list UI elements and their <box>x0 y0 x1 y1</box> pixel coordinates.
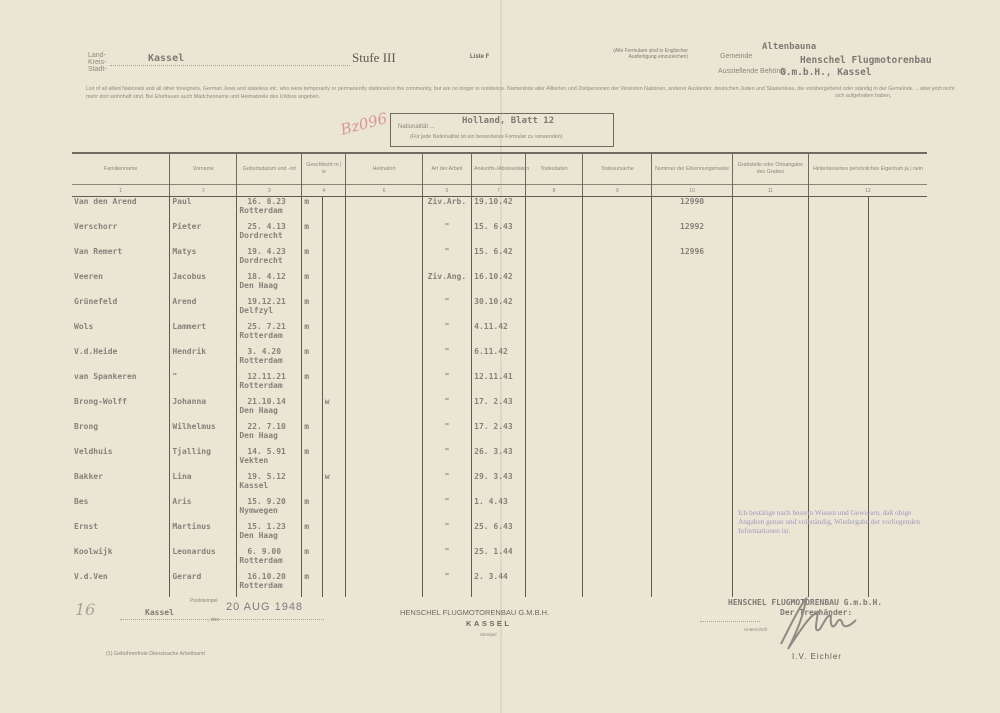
heimatort-cell <box>346 547 422 572</box>
grave-cell <box>732 297 808 322</box>
death-cause-cell <box>583 247 652 272</box>
sex-m-cell: m <box>302 347 323 372</box>
den-label: , den <box>208 617 219 623</box>
col-num: 5 <box>422 185 471 197</box>
col-num: 8 <box>525 185 583 197</box>
confirmation-stamp: Ich bestätige nach bestem Wissen und Gew… <box>738 508 928 535</box>
work-cell: " <box>422 522 471 547</box>
col-todesursache: Todesursache <box>583 153 652 185</box>
tag-number-cell: 12992 <box>652 222 732 247</box>
birth-date: 15. 9.20 <box>239 497 299 506</box>
first-name-cell: Paul <box>170 197 237 223</box>
table-row: VeerenJacobus18. 4.12Den HaagmZiv.Ang.16… <box>72 272 927 297</box>
death-cause-cell <box>583 547 652 572</box>
birth-cell: 19. 5.12Kassel <box>237 472 302 497</box>
table-header: Familienname Vorname Geburtsdatum und -o… <box>72 153 927 185</box>
sex-m-cell: m <box>302 497 323 522</box>
sex-m-cell: m <box>302 447 323 472</box>
tag-number-cell <box>652 572 732 597</box>
sex-m-cell: m <box>302 222 323 247</box>
sex-m-cell: m <box>302 522 323 547</box>
behoerde-value-line2: G.m.b.H., Kassel <box>780 67 872 78</box>
date-cell: 26. 3.43 <box>472 447 526 472</box>
death-date-cell <box>525 247 583 272</box>
birth-place: Den Haag <box>239 406 299 415</box>
grave-cell <box>732 347 808 372</box>
surname-cell: Bes <box>72 497 170 522</box>
surname-cell: V.d.Ven <box>72 572 170 597</box>
birth-cell: 16. 8.23Rotterdam <box>237 197 302 223</box>
birth-place: Rotterdam <box>239 381 299 390</box>
grave-cell <box>732 422 808 447</box>
first-name-cell: Aris <box>170 497 237 522</box>
property-yes-cell <box>808 197 868 223</box>
document-page: Land- Kreis- Stadt- Kassel Stufe III Lis… <box>0 0 1000 713</box>
first-name-cell: Pieter <box>170 222 237 247</box>
surname-cell: Veeren <box>72 272 170 297</box>
sex-m-cell: m <box>302 322 323 347</box>
first-name-cell: Lammert <box>170 322 237 347</box>
heimatort-cell <box>346 322 422 347</box>
sex-w-cell <box>322 372 346 397</box>
sex-m-cell: m <box>302 422 323 447</box>
property-yes-cell <box>808 372 868 397</box>
birth-place: Kassel <box>239 481 299 490</box>
heimatort-cell <box>346 572 422 597</box>
table-row: VeldhuisTjalling14. 5.91Vektenm"26. 3.43 <box>72 447 927 472</box>
tag-number-cell <box>652 522 732 547</box>
first-name-cell: Jacobus <box>170 272 237 297</box>
birth-date: 15. 1.23 <box>239 522 299 531</box>
property-no-cell <box>868 472 927 497</box>
death-cause-cell <box>583 297 652 322</box>
heimatort-cell <box>346 222 422 247</box>
surname-cell: van Spankeren <box>72 372 170 397</box>
death-date-cell <box>525 347 583 372</box>
company-stamp-line1: HENSCHEL FLUGMOTORENBAU G.M.B.H. <box>400 608 549 617</box>
surname-cell: Brong-Wolff <box>72 397 170 422</box>
death-cause-cell <box>583 472 652 497</box>
date-stamp: 20 AUG 1948 <box>226 601 303 613</box>
tag-number-cell: 12996 <box>652 247 732 272</box>
heimatort-cell <box>346 372 422 397</box>
property-no-cell <box>868 347 927 372</box>
grave-cell <box>732 247 808 272</box>
death-date-cell <box>525 572 583 597</box>
property-yes-cell <box>808 322 868 347</box>
birth-cell: 22. 7.10Den Haag <box>237 422 302 447</box>
col-familienname: Familienname <box>72 153 170 185</box>
work-cell: " <box>422 247 471 272</box>
birth-date: 19. 4.23 <box>239 247 299 256</box>
company-stamp-line2: KASSEL <box>466 619 511 628</box>
work-cell: " <box>422 422 471 447</box>
heimatort-cell <box>346 447 422 472</box>
property-no-cell <box>868 397 927 422</box>
death-cause-cell <box>583 322 652 347</box>
col-num: 12 <box>808 185 927 197</box>
surname-cell: Grünefeld <box>72 297 170 322</box>
place-line <box>120 619 260 620</box>
work-cell: " <box>422 322 471 347</box>
sex-w-cell <box>322 347 346 372</box>
table-row: Brong-WolffJohanna21.10.14Den Haagw"17. … <box>72 397 927 422</box>
property-yes-cell <box>808 222 868 247</box>
property-yes-cell <box>808 247 868 272</box>
first-name-cell: Johanna <box>170 397 237 422</box>
sex-w-cell <box>322 497 346 522</box>
date-cell: 17. 2.43 <box>472 422 526 447</box>
surname-cell: Van den Arend <box>72 197 170 223</box>
sex-m-cell: m <box>302 372 323 397</box>
sex-w-cell <box>322 197 346 223</box>
form-title: Stufe III <box>352 50 396 66</box>
col-eigentum: Hinterlassenes persönliches Eigentum ja … <box>808 153 927 185</box>
work-cell: " <box>422 472 471 497</box>
death-date-cell <box>525 447 583 472</box>
property-yes-cell <box>808 547 868 572</box>
col-num: 9 <box>583 185 652 197</box>
birth-place: Rotterdam <box>239 581 299 590</box>
property-yes-cell <box>808 272 868 297</box>
col-num: 7 <box>472 185 526 197</box>
date-cell: 16.10.42 <box>472 272 526 297</box>
sex-w-cell <box>322 247 346 272</box>
date-cell: 30.10.42 <box>472 297 526 322</box>
tag-number-cell <box>652 297 732 322</box>
birth-place: Nymwegen <box>239 506 299 515</box>
death-cause-cell <box>583 397 652 422</box>
surname-cell: Koolwijk <box>72 547 170 572</box>
sex-m-cell <box>302 472 323 497</box>
birth-date: 16.10.20 <box>239 572 299 581</box>
top-note: (Alle Formulare sind in Englischer Ausfe… <box>588 48 688 60</box>
column-numbers: 1 2 3 4 6 5 7 8 9 10 11 12 <box>72 185 927 197</box>
grave-cell <box>732 547 808 572</box>
grave-cell <box>732 397 808 422</box>
nationality-note: (Für jede Nationalität ist ein besondere… <box>410 134 563 140</box>
property-no-cell <box>868 422 927 447</box>
birth-cell: 25. 4.13Dordrecht <box>237 222 302 247</box>
surname-cell: Verschorr <box>72 222 170 247</box>
work-cell: Ziv.Ang. <box>422 272 471 297</box>
death-cause-cell <box>583 197 652 223</box>
page-number: 16 <box>75 600 95 619</box>
property-yes-cell <box>808 447 868 472</box>
birth-cell: 16.10.20Rotterdam <box>237 572 302 597</box>
first-name-cell: Martinus <box>170 522 237 547</box>
instructions-end: sich aufgehalten haben, <box>835 93 891 99</box>
birth-place: Vekten <box>239 456 299 465</box>
sex-w-cell <box>322 297 346 322</box>
tag-number-cell <box>652 372 732 397</box>
table-row: van Spankeren"12.11.21Rotterdamm"12.11.4… <box>72 372 927 397</box>
work-cell: " <box>422 447 471 472</box>
birth-cell: 19.12.21Delfzyl <box>237 297 302 322</box>
birth-date: 19.12.21 <box>239 297 299 306</box>
date-cell: 19.10.42 <box>472 197 526 223</box>
heimatort-cell <box>346 397 422 422</box>
sex-w-cell <box>322 572 346 597</box>
birth-date: 25. 7.21 <box>239 322 299 331</box>
birth-place: Rotterdam <box>239 206 299 215</box>
sex-w-cell <box>322 447 346 472</box>
land-kreis-label: Land- Kreis- Stadt- <box>88 52 107 73</box>
col-daten: Ankunfts-/Abreisedaten <box>472 153 526 185</box>
property-yes-cell <box>808 472 868 497</box>
sex-w-cell <box>322 547 346 572</box>
birth-place: Rotterdam <box>239 331 299 340</box>
first-name-cell: Arend <box>170 297 237 322</box>
sex-w-cell <box>322 222 346 247</box>
birth-place: Dordrecht <box>239 256 299 265</box>
col-num: 10 <box>652 185 732 197</box>
death-date-cell <box>525 372 583 397</box>
birth-cell: 3. 4.20Rotterdam <box>237 347 302 372</box>
table-row: KoolwijkLeonardus6. 9.00Rotterdamm"25. 1… <box>72 547 927 572</box>
work-cell: " <box>422 572 471 597</box>
death-date-cell <box>525 322 583 347</box>
birth-cell: 6. 9.00Rotterdam <box>237 547 302 572</box>
footnote: (1) Gebührenfreie Dienstsache Arbeitsamt <box>106 651 205 657</box>
work-cell: " <box>422 497 471 522</box>
table-row: GrünefeldArend19.12.21Delfzylm"30.10.42 <box>72 297 927 322</box>
property-no-cell <box>868 447 927 472</box>
tag-number-cell <box>652 322 732 347</box>
birth-place: Rotterdam <box>239 556 299 565</box>
heimatort-cell <box>346 522 422 547</box>
property-yes-cell <box>808 297 868 322</box>
tag-number-cell <box>652 497 732 522</box>
grave-cell <box>732 272 808 297</box>
property-no-cell <box>868 572 927 597</box>
death-cause-cell <box>583 222 652 247</box>
grave-cell <box>732 222 808 247</box>
grave-cell <box>732 322 808 347</box>
death-cause-cell <box>583 447 652 472</box>
work-cell: Ziv.Arb. <box>422 197 471 223</box>
property-yes-cell <box>808 422 868 447</box>
property-no-cell <box>868 547 927 572</box>
property-yes-cell <box>808 397 868 422</box>
land-kreis-line <box>110 65 350 66</box>
surname-cell: Veldhuis <box>72 447 170 472</box>
gemeinde-value: Altenbauna <box>762 42 816 52</box>
date-cell: 15. 6.43 <box>472 222 526 247</box>
tag-number-cell <box>652 347 732 372</box>
death-date-cell <box>525 522 583 547</box>
birth-date: 19. 5.12 <box>239 472 299 481</box>
first-name-cell: Matys <box>170 247 237 272</box>
first-name-cell: " <box>170 372 237 397</box>
death-cause-cell <box>583 522 652 547</box>
property-yes-cell <box>808 347 868 372</box>
date-cell: 29. 3.43 <box>472 472 526 497</box>
birth-date: 18. 4.12 <box>239 272 299 281</box>
col-num: 2 <box>170 185 237 197</box>
date-line <box>262 619 324 620</box>
death-date-cell <box>525 197 583 223</box>
birth-place: Rotterdam <box>239 356 299 365</box>
date-label: Poststempel <box>190 598 218 604</box>
date-cell: 25. 1.44 <box>472 547 526 572</box>
tag-number-cell <box>652 472 732 497</box>
signer-name: I.V. Eichler <box>792 652 842 661</box>
heimatort-cell <box>346 422 422 447</box>
col-num: 1 <box>72 185 170 197</box>
work-cell: " <box>422 372 471 397</box>
surname-cell: Van Remert <box>72 247 170 272</box>
death-cause-cell <box>583 572 652 597</box>
birth-place: Dordrecht <box>239 231 299 240</box>
death-date-cell <box>525 547 583 572</box>
col-geschlecht: Geschlecht m | w <box>302 153 346 185</box>
sex-w-cell <box>322 322 346 347</box>
sex-m-cell: m <box>302 572 323 597</box>
work-cell: " <box>422 547 471 572</box>
work-cell: " <box>422 222 471 247</box>
birth-date: 3. 4.20 <box>239 347 299 356</box>
property-no-cell <box>868 322 927 347</box>
work-cell: " <box>422 297 471 322</box>
birth-date: 16. 8.23 <box>239 197 299 206</box>
instructions-text: List of all allied Nationals and all oth… <box>86 85 966 101</box>
table-row: BrongWilhelmus22. 7.10Den Haagm"17. 2.43 <box>72 422 927 447</box>
surname-cell: Wols <box>72 322 170 347</box>
birth-cell: 15. 9.20Nymwegen <box>237 497 302 522</box>
land-kreis-value: Kassel <box>148 53 184 64</box>
behoerde-value-line1: Henschel Flugmotorenbau <box>800 55 932 66</box>
tag-number-cell <box>652 422 732 447</box>
sex-m-cell: m <box>302 297 323 322</box>
sex-w-cell: w <box>322 472 346 497</box>
death-cause-cell <box>583 497 652 522</box>
col-arbeit: Art der Arbeit <box>422 153 471 185</box>
col-num: 3 <box>237 185 302 197</box>
death-cause-cell <box>583 422 652 447</box>
death-date-cell <box>525 422 583 447</box>
heimatort-cell <box>346 272 422 297</box>
work-cell: " <box>422 397 471 422</box>
birth-cell: 25. 7.21Rotterdam <box>237 322 302 347</box>
death-date-cell <box>525 272 583 297</box>
table-row: BakkerLina19. 5.12Kasselw"29. 3.43 <box>72 472 927 497</box>
birth-date: 14. 5.91 <box>239 447 299 456</box>
property-no-cell <box>868 272 927 297</box>
birth-place: Den Haag <box>239 431 299 440</box>
sex-w-cell <box>322 272 346 297</box>
birth-cell: 15. 1.23Den Haag <box>237 522 302 547</box>
nationality-label: Nationalität ... <box>398 124 435 130</box>
col-todesdaten: Todesdaten <box>525 153 583 185</box>
date-cell: 25. 6.43 <box>472 522 526 547</box>
col-erkennungsmarke: Nummer der Erkennungsmarke <box>652 153 732 185</box>
birth-cell: 19. 4.23Dordrecht <box>237 247 302 272</box>
place-value: Kassel <box>145 608 174 617</box>
red-handwritten-mark: Bz096 <box>338 109 389 139</box>
sex-w-cell: w <box>322 397 346 422</box>
birth-cell: 12.11.21Rotterdam <box>237 372 302 397</box>
death-cause-cell <box>583 372 652 397</box>
date-cell: 2. 3.44 <box>472 572 526 597</box>
date-cell: 6.11.42 <box>472 347 526 372</box>
sex-w-cell <box>322 422 346 447</box>
death-cause-cell <box>583 347 652 372</box>
death-date-cell <box>525 472 583 497</box>
sex-m-cell: m <box>302 547 323 572</box>
grave-cell <box>732 447 808 472</box>
tag-number-cell <box>652 272 732 297</box>
first-name-cell: Gerard <box>170 572 237 597</box>
col-num: 4 <box>302 185 346 197</box>
table-row: V.d.HeideHendrik3. 4.20Rotterdamm"6.11.4… <box>72 347 927 372</box>
date-cell: 15. 6.42 <box>472 247 526 272</box>
property-no-cell <box>868 372 927 397</box>
birth-place: Delfzyl <box>239 306 299 315</box>
handwritten-signature-icon <box>776 594 866 654</box>
sex-w-cell <box>322 522 346 547</box>
table-row: VerschorrPieter25. 4.13Dordrechtm"15. 6.… <box>72 222 927 247</box>
tag-number-cell: 12990 <box>652 197 732 223</box>
nationality-value: Holland, Blatt 12 <box>462 116 554 126</box>
first-name-cell: Lina <box>170 472 237 497</box>
date-cell: 17. 2.43 <box>472 397 526 422</box>
heimatort-cell <box>346 197 422 223</box>
col-heimatort: Heimatort <box>346 153 422 185</box>
signature-label: Unterschrift <box>744 627 767 632</box>
heimatort-cell <box>346 347 422 372</box>
birth-date: 21.10.14 <box>239 397 299 406</box>
birth-place: Den Haag <box>239 531 299 540</box>
surname-cell: Ernst <box>72 522 170 547</box>
date-cell: 4.11.42 <box>472 322 526 347</box>
death-date-cell <box>525 222 583 247</box>
col-vorname: Vorname <box>170 153 237 185</box>
grave-cell <box>732 372 808 397</box>
date-cell: 1. 4.43 <box>472 497 526 522</box>
sex-m-cell: m <box>302 247 323 272</box>
table-row: Van den ArendPaul16. 8.23RotterdammZiv.A… <box>72 197 927 223</box>
death-date-cell <box>525 297 583 322</box>
tag-number-cell <box>652 547 732 572</box>
birth-cell: 14. 5.91Vekten <box>237 447 302 472</box>
first-name-cell: Wilhelmus <box>170 422 237 447</box>
behoerde-label: Ausstellende Behörde <box>718 68 787 75</box>
first-name-cell: Leonardus <box>170 547 237 572</box>
first-name-cell: Hendrik <box>170 347 237 372</box>
heimatort-cell <box>346 297 422 322</box>
heimatort-cell <box>346 247 422 272</box>
heimatort-cell <box>346 497 422 522</box>
death-cause-cell <box>583 272 652 297</box>
property-no-cell <box>868 222 927 247</box>
birth-date: 22. 7.10 <box>239 422 299 431</box>
birth-cell: 21.10.14Den Haag <box>237 397 302 422</box>
tag-number-cell <box>652 397 732 422</box>
property-no-cell <box>868 197 927 223</box>
date-cell: 12.11.41 <box>472 372 526 397</box>
surname-cell: Brong <box>72 422 170 447</box>
col-geburt: Geburtsdatum und -ort <box>237 153 302 185</box>
work-cell: " <box>422 347 471 372</box>
birth-date: 25. 4.13 <box>239 222 299 231</box>
col-grabstelle: Grabstelle oder Ortsangabe des Grabes <box>732 153 808 185</box>
heimatort-cell <box>346 472 422 497</box>
surname-cell: Bakker <box>72 472 170 497</box>
birth-date: 12.11.21 <box>239 372 299 381</box>
gemeinde-label: Gemeinde <box>720 53 752 60</box>
surname-cell: V.d.Heide <box>72 347 170 372</box>
